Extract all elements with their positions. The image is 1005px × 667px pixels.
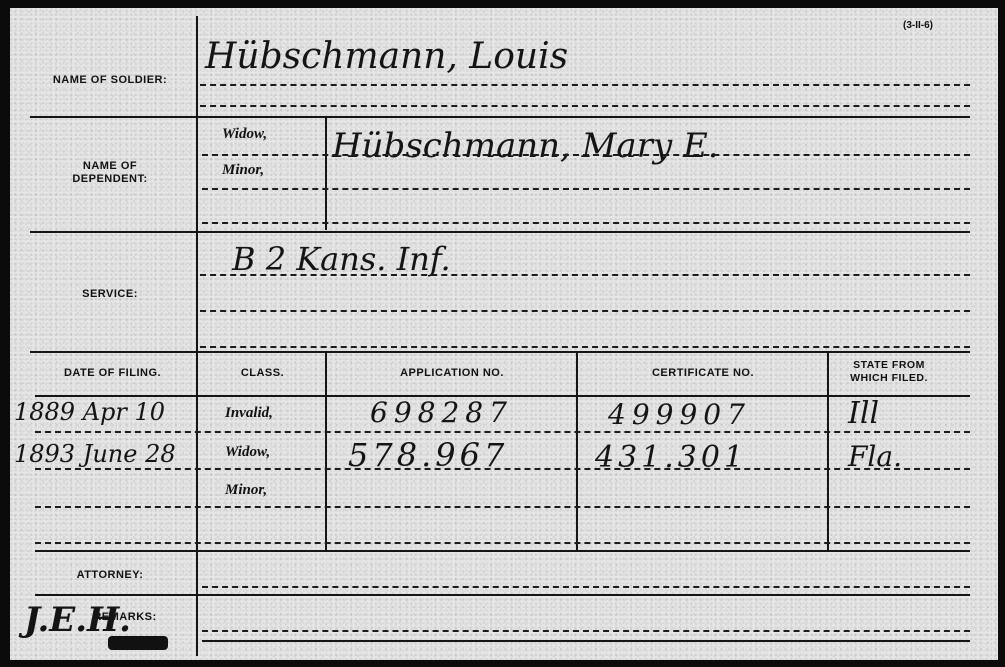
- rule: [35, 542, 970, 544]
- class-column-divider: [325, 353, 327, 550]
- pension-index-card: (3-II-6) NAME OF SOLDIER: Hübschmann, Lo…: [10, 8, 998, 660]
- section-divider: [30, 231, 970, 233]
- rule: [202, 630, 970, 632]
- rule: [202, 188, 970, 190]
- attorney-value: [202, 556, 967, 586]
- rule: [202, 154, 970, 156]
- section-divider: [35, 594, 970, 596]
- rule: [200, 105, 970, 107]
- rule: [200, 274, 970, 276]
- rule: [202, 222, 970, 224]
- state-from-header: STATE FROM WHICH FILED.: [834, 359, 944, 385]
- certificate-no-header: CERTIFICATE NO.: [579, 367, 827, 380]
- ink-stamp-mark: [108, 636, 168, 650]
- remarks-handwritten-initials: J.E.H.: [24, 600, 131, 640]
- section-divider: [30, 351, 970, 353]
- rule: [200, 84, 970, 86]
- filing-date-2: 1893 June 28: [14, 440, 176, 468]
- filing-date-1: 1889 Apr 10: [14, 398, 165, 426]
- rule: [200, 346, 970, 348]
- bottom-rule: [202, 640, 970, 642]
- class-invalid-label: Invalid,: [225, 405, 273, 422]
- dependent-divider: [325, 118, 327, 230]
- certificate-column-divider: [827, 353, 829, 550]
- rule: [35, 468, 970, 470]
- class-minor-label: Minor,: [225, 482, 267, 499]
- section-divider: [30, 116, 970, 118]
- dependent-name-value: Hübschmann, Mary E.: [332, 126, 719, 166]
- application-no-1: 698287: [370, 396, 513, 429]
- section-divider: [35, 550, 970, 552]
- class-widow-label: Widow,: [225, 444, 270, 461]
- application-no-header: APPLICATION NO.: [328, 367, 576, 380]
- service-label: SERVICE:: [50, 288, 170, 301]
- certificate-no-1: 499907: [608, 398, 751, 431]
- date-of-filing-header: DATE OF FILING.: [35, 367, 190, 380]
- minor-label: Minor,: [222, 162, 264, 179]
- rule: [35, 506, 970, 508]
- rule: [35, 431, 970, 433]
- service-value: B 2 Kans. Inf.: [232, 240, 451, 278]
- widow-label: Widow,: [222, 126, 267, 143]
- soldier-name-label: NAME OF SOLDIER:: [50, 74, 170, 87]
- rule: [200, 310, 970, 312]
- left-column-divider: [196, 16, 198, 656]
- attorney-label: ATTORNEY:: [50, 569, 170, 582]
- form-code: (3-II-6): [903, 20, 933, 31]
- dependent-name-label: NAME OF DEPENDENT:: [50, 160, 170, 186]
- state-1: Ill: [848, 396, 879, 431]
- rule: [202, 586, 970, 588]
- soldier-name-value: Hübschmann, Louis: [205, 36, 568, 77]
- class-header: CLASS.: [200, 367, 325, 380]
- application-column-divider: [576, 353, 578, 550]
